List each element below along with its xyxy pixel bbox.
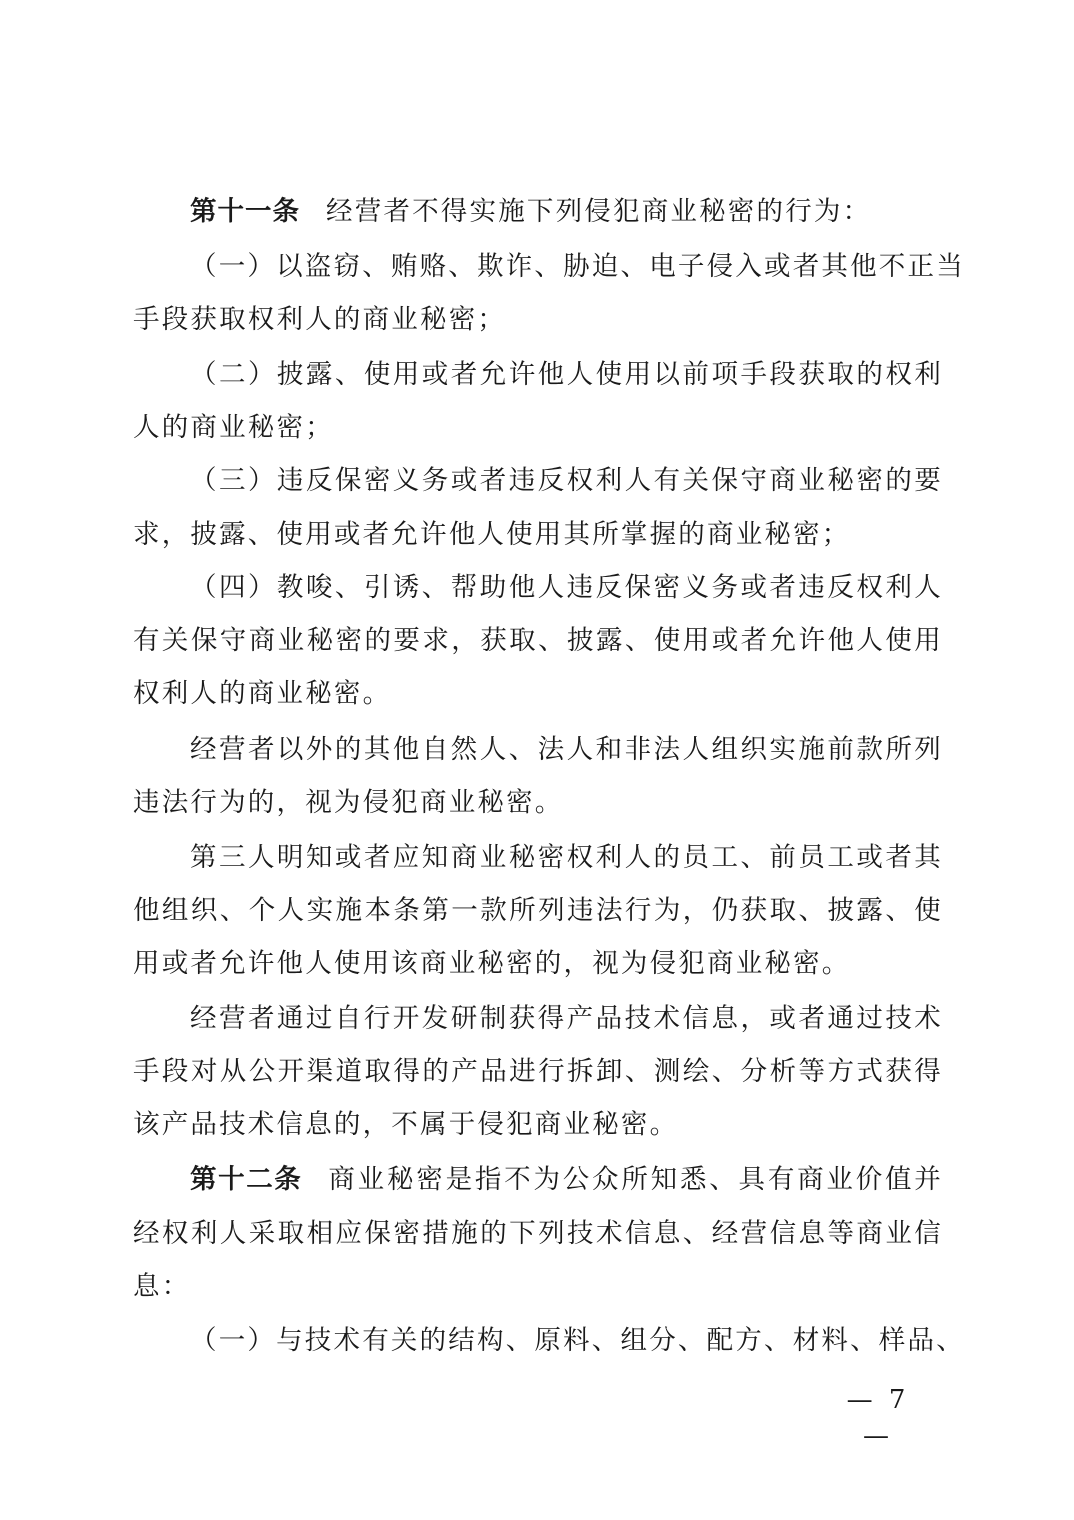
article-12-item-1-line-1: （一）与技术有关的结构、原料、组分、配方、材料、样品、 (190, 1321, 943, 1361)
article-11-para-2-line-3: 用或者允许他人使用该商业秘密的，视为侵犯商业秘密。 (133, 944, 943, 984)
article-11-para-3-line-1: 经营者通过自行开发研制获得产品技术信息，或者通过技术 (190, 999, 943, 1039)
article-11-item-4-line-1: （四）教唆、引诱、帮助他人违反保密义务或者违反权利人 (190, 568, 943, 608)
article-11-para-2-line-1: 第三人明知或者应知商业秘密权利人的员工、前员工或者其 (190, 838, 943, 878)
article-12-line-1: 商业秘密是指不为公众所知悉、具有商业价值并 (328, 1164, 943, 1195)
article-11-para-3-line-2: 手段对从公开渠道取得的产品进行拆卸、测绘、分析等方式获得 (133, 1052, 943, 1092)
article-12-heading-line: 第十二条商业秘密是指不为公众所知悉、具有商业价值并 (190, 1160, 943, 1200)
article-11-item-1-line-1: （一）以盗窃、贿赂、欺诈、胁迫、电子侵入或者其他不正当 (190, 247, 943, 287)
article-11-para-3-line-3: 该产品技术信息的，不属于侵犯商业秘密。 (133, 1105, 943, 1145)
page-number: — 7 — (828, 1382, 928, 1418)
article-11-para-1-line-1: 经营者以外的其他自然人、法人和非法人组织实施前款所列 (190, 730, 943, 770)
document-page: 第十一条经营者不得实施下列侵犯商业秘密的行为： （一）以盗窃、贿赂、欺诈、胁迫、… (0, 0, 1074, 1520)
article-11-item-2-line-1: （二）披露、使用或者允许他人使用以前项手段获取的权利 (190, 355, 943, 395)
article-11-heading-line: 第十一条经营者不得实施下列侵犯商业秘密的行为： (190, 192, 943, 232)
article-11-item-4-line-3: 权利人的商业秘密。 (133, 674, 943, 714)
article-11-intro: 经营者不得实施下列侵犯商业秘密的行为： (326, 196, 871, 227)
article-11-para-1-line-2: 违法行为的，视为侵犯商业秘密。 (133, 783, 943, 823)
article-11-item-3-line-2: 求，披露、使用或者允许他人使用其所掌握的商业秘密； (133, 515, 943, 555)
article-11-item-4-line-2: 有关保守商业秘密的要求，获取、披露、使用或者允许他人使用 (133, 621, 943, 661)
article-11-item-1-line-2: 手段获取权利人的商业秘密； (133, 300, 943, 340)
article-11-item-3-line-1: （三）违反保密义务或者违反权利人有关保守商业秘密的要 (190, 461, 943, 501)
article-11-item-2-line-2: 人的商业秘密； (133, 408, 943, 448)
article-11-heading: 第十一条 (190, 196, 300, 227)
article-11-para-2-line-2: 他组织、个人实施本条第一款所列违法行为，仍获取、披露、使 (133, 891, 943, 931)
article-12-line-3: 息： (133, 1267, 943, 1307)
article-12-line-2: 经权利人采取相应保密措施的下列技术信息、经营信息等商业信 (133, 1214, 943, 1254)
article-12-heading: 第十二条 (190, 1164, 302, 1195)
